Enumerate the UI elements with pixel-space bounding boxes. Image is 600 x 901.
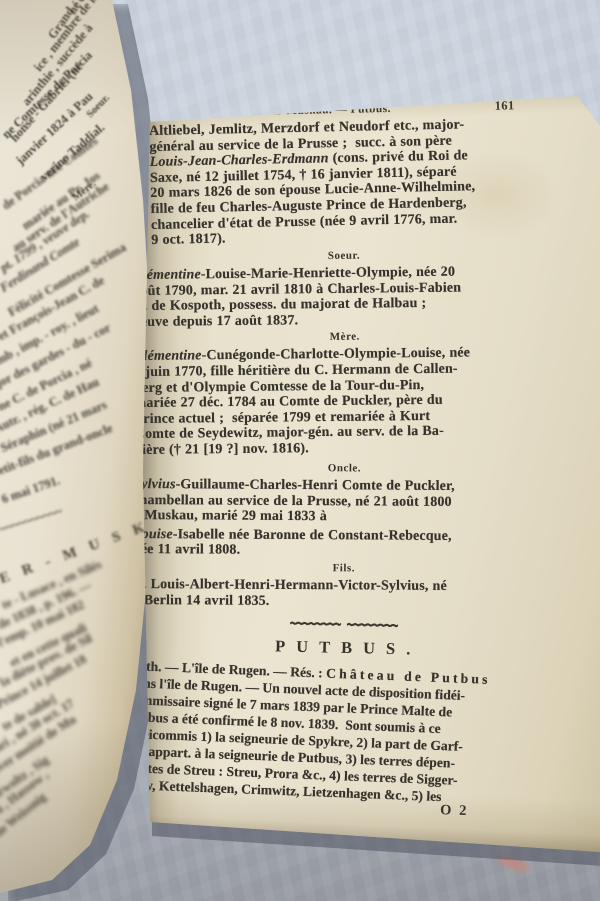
paragraph-oncle-text: -Guillaume-Charles-Henri Comte de Puckle… bbox=[133, 478, 455, 525]
section-heading-mere: Mère. bbox=[134, 329, 556, 346]
paragraph-fils: C. Louis-Albert-Henri-Hermann-Victor-Syl… bbox=[133, 577, 555, 611]
section-heading-fils: Fils. bbox=[133, 561, 555, 577]
divider-block: ~~~~~~~~ ~~~~~~~~ PUTBUS. bbox=[128, 615, 559, 663]
paragraph-soeur: Clémentine-Louise-Marie-Henriette-Olympi… bbox=[133, 263, 556, 330]
paragraph-father: Altliebel, Jemlitz, Merzdorf et Neudorf … bbox=[149, 115, 562, 248]
putbus-body-text: dans l'île de Rugen. — Un nouvel acte de… bbox=[125, 672, 491, 804]
paragraph-oncle-epouse-text: -Isabelle née Baronne de Constant-Rebecq… bbox=[133, 527, 452, 558]
page-content: II P. Puckler-Muskau. — Putbus. 161 Altl… bbox=[150, 106, 560, 806]
lower-middle-block: Oncle. Sylvius-Guillaume-Charles-Henri C… bbox=[133, 461, 556, 611]
printer-signature-mark: O 2 bbox=[440, 803, 557, 823]
paragraph-putbus: Luth. — L'île de Rugen. — Rés. : Château… bbox=[125, 657, 562, 809]
paragraph-oncle: Sylvius-Guillaume-Charles-Henri Comte de… bbox=[133, 477, 555, 526]
section-heading-soeur: Soeur. bbox=[133, 247, 555, 264]
left-page-divider-ornament: ~~~~~~~~~~ bbox=[0, 505, 64, 536]
paragraph-mere: Clémentine-Cunégonde-Charlotte-Olympie-L… bbox=[134, 345, 557, 459]
upper-block: II P. Puckler-Muskau. — Putbus. 161 Altl… bbox=[149, 97, 562, 248]
putbus-block: Luth. — L'île de Rugen. — Rés. : Château… bbox=[124, 657, 561, 822]
book-photo: { "colors": { "fabric": "#c7cfda", "page… bbox=[0, 0, 600, 901]
middle-block: Soeur. Clémentine-Louise-Marie-Henriette… bbox=[133, 247, 557, 458]
section-heading-oncle: Oncle. bbox=[133, 461, 555, 477]
left-page-fragment: 6 mai 1791. bbox=[0, 474, 62, 506]
paragraph-oncle-epouse: Louise-Isabelle née Baronne de Constant-… bbox=[133, 527, 555, 561]
